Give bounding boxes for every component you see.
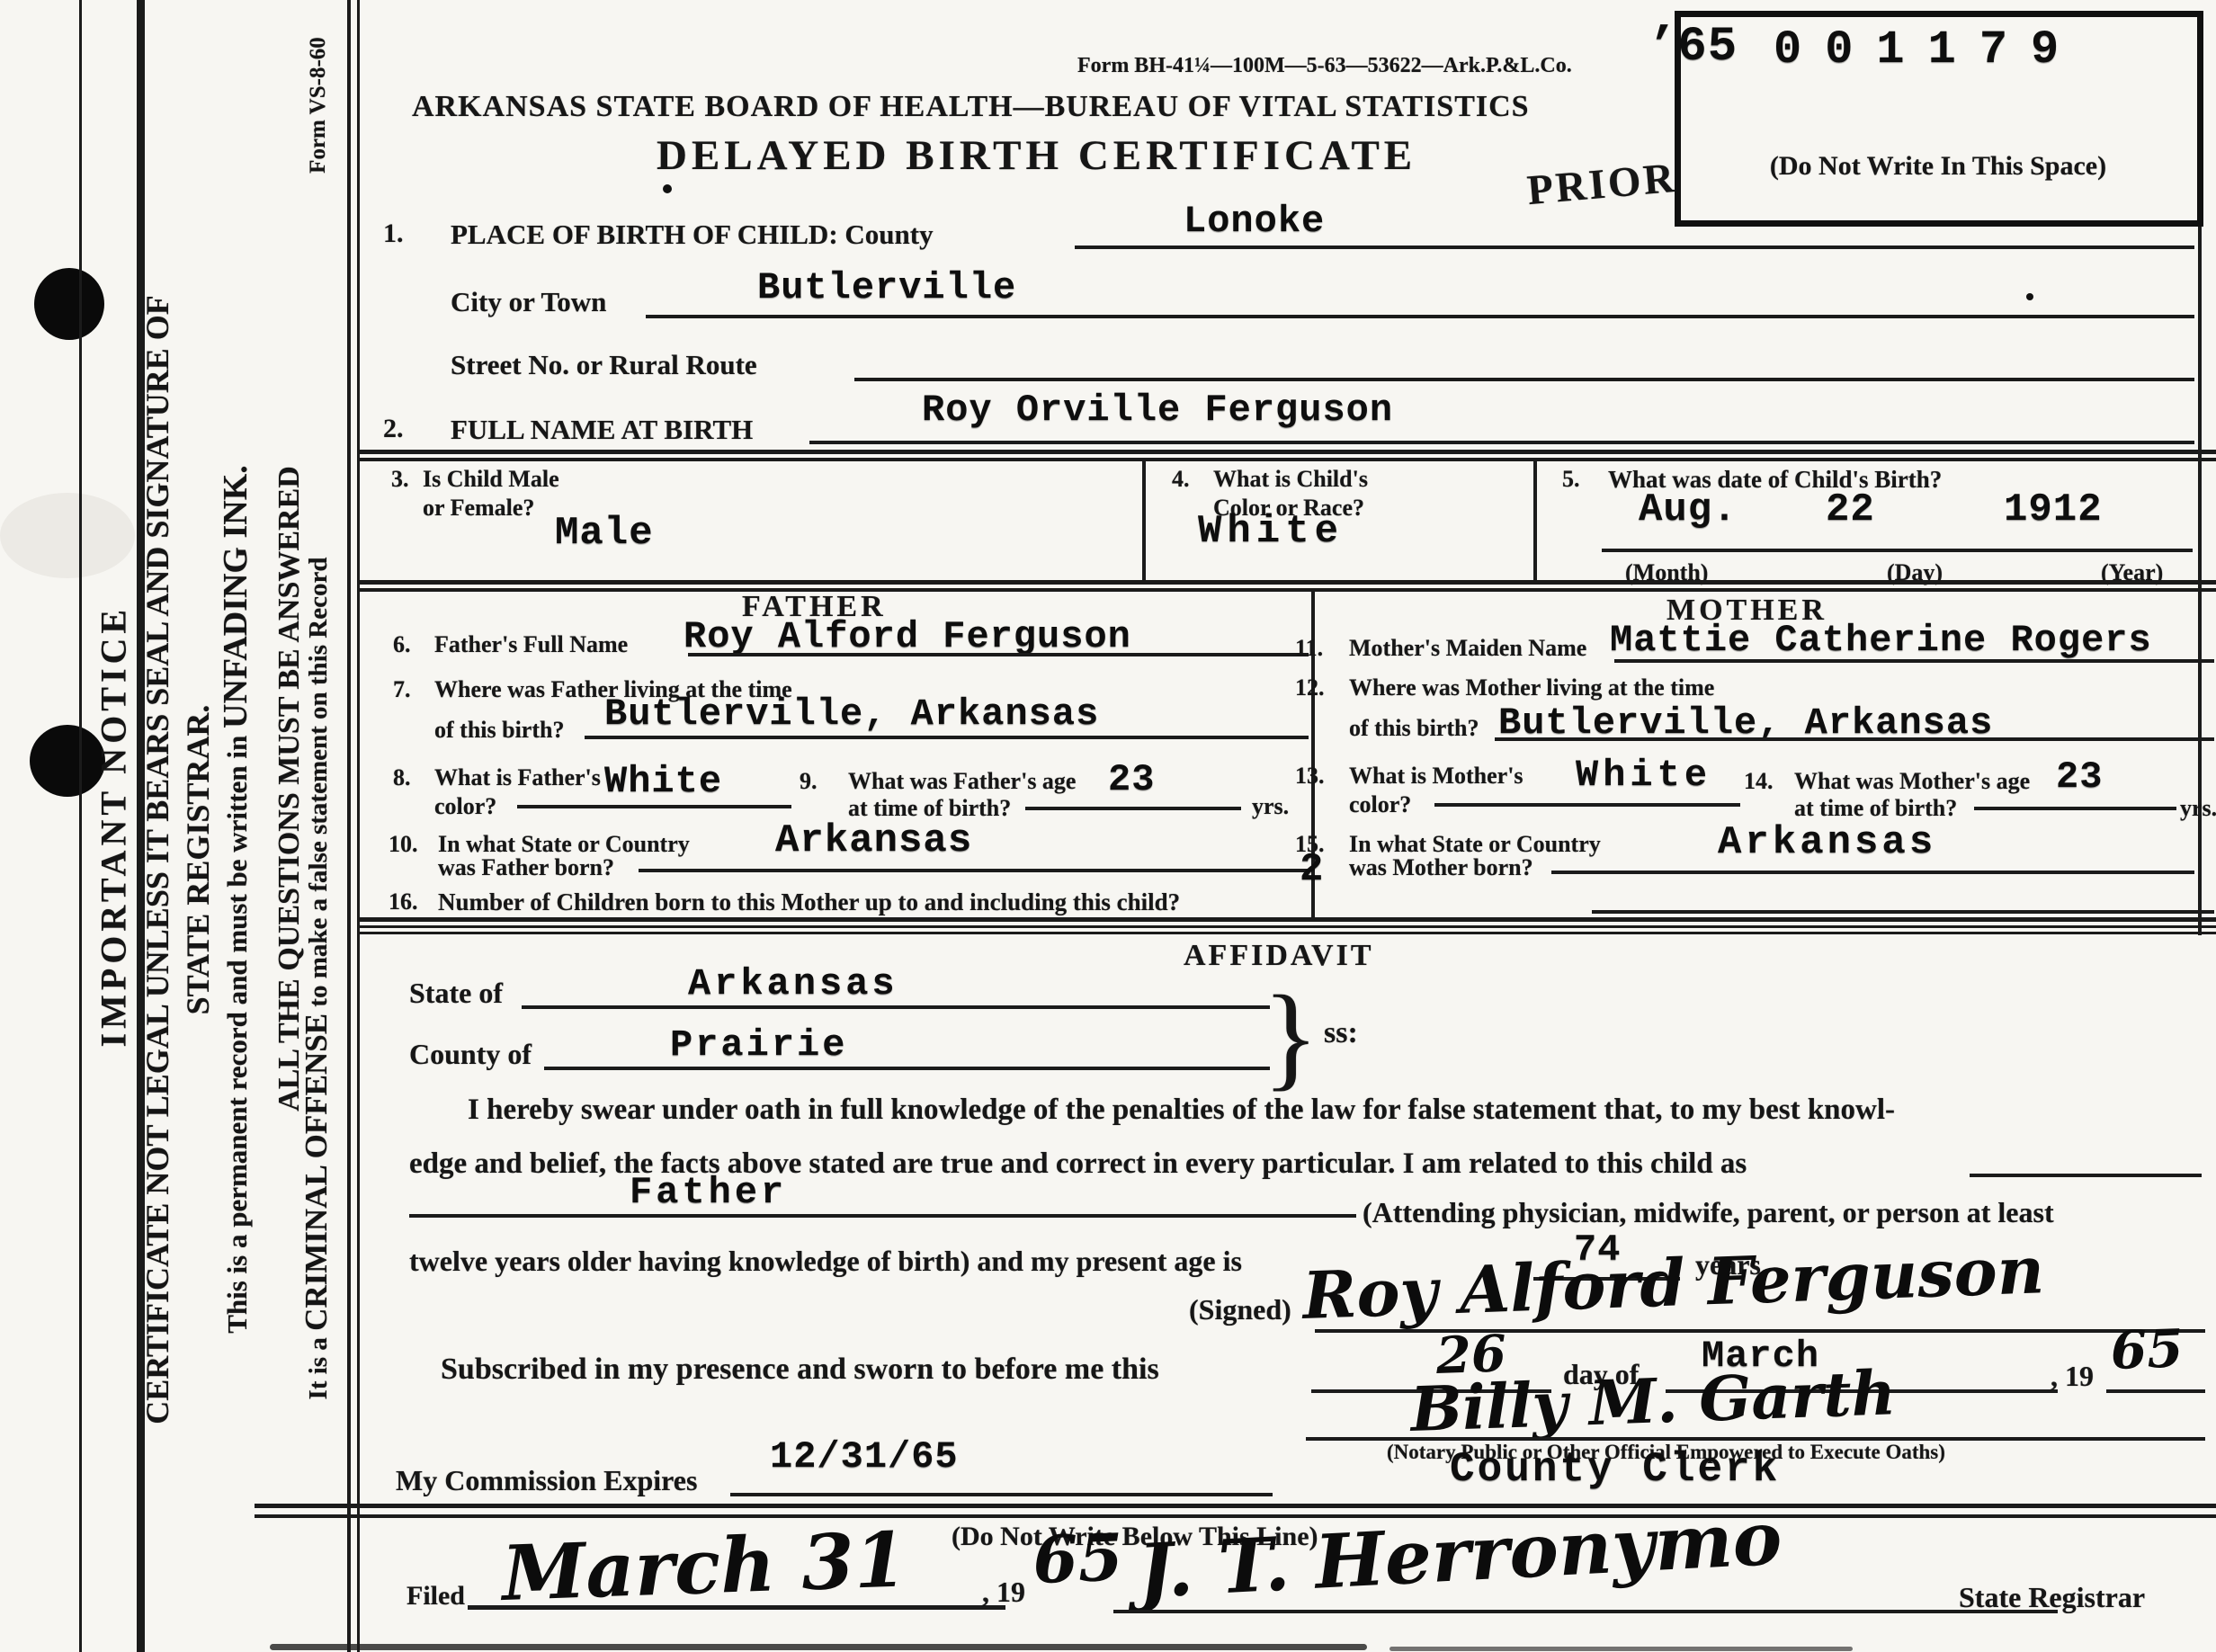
q7-label-line2: of this birth? — [434, 717, 564, 744]
commission-date-value: 12/31/65 — [770, 1435, 959, 1478]
mother-name-line — [1614, 659, 2214, 663]
margin-rule-thin — [79, 0, 82, 1652]
father-color-line — [517, 805, 791, 808]
sidebar-permanent-record-notice: This is a permanent record and must be w… — [216, 153, 255, 1646]
scan-edge-mark — [1389, 1647, 1853, 1651]
mother-color-value: White — [1576, 754, 1711, 797]
delayed-birth-certificate-scan: IMPORTANT NOTICE CERTIFICATE NOT LEGAL U… — [0, 0, 2216, 1652]
q10-label-line2: was Father born? — [438, 854, 614, 881]
birth-year-value: 1912 — [2004, 487, 2103, 532]
rule — [357, 458, 2216, 461]
birth-month-value: Aug. — [1639, 487, 1738, 532]
q5-number: 5. — [1562, 466, 1580, 493]
signed-label: (Signed) — [1189, 1293, 1291, 1326]
filed-year-handwritten: 65 — [1032, 1519, 1124, 1598]
q16-label: Number of Children born to this Mother u… — [438, 889, 1180, 916]
city-label: City or Town — [451, 286, 606, 318]
q2-label: FULL NAME AT BIRTH — [451, 414, 753, 446]
rule — [357, 450, 2216, 454]
form-print-line: Form BH-41¼—100M—5-63—53622—Ark.P.&L.Co. — [1077, 54, 1572, 78]
mother-birthplace-value: Arkansas — [1718, 820, 1936, 865]
scan-edge-mark — [270, 1644, 1367, 1650]
affidavit-title: AFFIDAVIT — [1184, 939, 1374, 973]
scan-speck — [663, 184, 672, 193]
q6-number: 6. — [393, 631, 411, 658]
father-name-value: Roy Alford Ferguson — [684, 615, 1131, 658]
sidebar-important-notice: IMPORTANT NOTICE — [93, 625, 135, 1048]
relationship-value: Father — [630, 1171, 787, 1214]
sidebar-certificate-notice-line1: CERTIFICATE NOT LEGAL UNLESS IT BEARS SE… — [138, 95, 178, 1624]
q6-label: Father's Full Name — [434, 631, 628, 658]
full-name-line — [809, 441, 2194, 444]
commission-label: My Commission Expires — [396, 1464, 697, 1497]
scan-speck — [2026, 293, 2033, 300]
street-line — [854, 378, 2194, 381]
mother-birthplace-line — [1551, 871, 2194, 874]
sworn-year-line — [2106, 1389, 2205, 1393]
q15-label-line2: was Mother born? — [1349, 854, 1533, 881]
filed-date-line — [468, 1605, 1005, 1610]
permanent-record-text: This is a permanent record and must be w… — [221, 728, 253, 1334]
rule — [255, 1504, 2216, 1508]
birth-date-line — [1602, 549, 2193, 552]
q1-number: 1. — [383, 219, 404, 249]
father-yrs-label: yrs. — [1252, 793, 1289, 820]
subscribed-label: Subscribed in my presence and sworn to b… — [441, 1353, 1159, 1387]
sidebar-certificate-notice: CERTIFICATE NOT LEGAL UNLESS IT BEARS SE… — [138, 95, 219, 1624]
q7-number: 7. — [393, 676, 411, 703]
board-of-health-line: ARKANSAS STATE BOARD OF HEALTH—BUREAU OF… — [412, 90, 1530, 124]
registrar-signature-line — [1113, 1610, 2058, 1613]
rule — [255, 1514, 2216, 1518]
sidebar-criminal-offense-notice: It is a CRIMINAL OFFENSE to make a false… — [299, 331, 335, 1626]
q3-number: 3. — [391, 466, 409, 493]
state-of-label: State of — [409, 977, 503, 1010]
hole-punch-top — [34, 268, 104, 340]
sworn-year-prefix: , 19 — [2051, 1360, 2094, 1393]
q13-number: 13. — [1295, 763, 1325, 790]
q1-label: PLACE OF BIRTH OF CHILD: County — [451, 219, 934, 251]
mother-color-line — [1434, 803, 1740, 807]
unfading-ink-emphasis: UNFADING INK. — [217, 465, 255, 728]
rule — [357, 925, 2216, 928]
divider-q3-q4 — [1142, 458, 1146, 584]
mother-residence-line — [1495, 737, 2214, 741]
county-of-line — [544, 1067, 1270, 1070]
attending-line2: twelve years older having knowledge of b… — [409, 1245, 1242, 1278]
q10-number: 10. — [389, 831, 418, 858]
county-line — [1075, 246, 2194, 249]
mother-name-value: Mattie Catherine Rogers — [1610, 619, 2152, 662]
serial-number: 001179 — [1774, 23, 2082, 76]
father-name-line — [688, 653, 1309, 656]
certificate-title: DELAYED BIRTH CERTIFICATE — [657, 131, 1416, 180]
sworn-year-handwritten: 65 — [2110, 1317, 2185, 1381]
rule — [357, 580, 2216, 585]
filed-year-prefix: , 19 — [982, 1576, 1025, 1609]
father-residence-value: Butlerville, Arkansas — [604, 692, 1099, 736]
q8-label-line1: What is Father's — [434, 764, 601, 791]
state-of-line — [522, 1005, 1270, 1009]
q14-label-line1: What was Mother's age — [1794, 768, 2030, 795]
q8-number: 8. — [393, 764, 411, 791]
q16-line — [1592, 910, 2214, 914]
sidebar-form-number: Form VS-8-60 — [306, 24, 331, 186]
race-value: White — [1198, 509, 1344, 554]
q14-number: 14. — [1744, 768, 1774, 795]
oath-line1: I hereby swear under oath in full knowle… — [468, 1094, 1895, 1127]
scan-smudge — [0, 493, 135, 578]
filed-label: Filed — [407, 1581, 465, 1612]
do-not-write-note: (Do Not Write In This Space) — [1695, 151, 2181, 182]
father-color-value: White — [604, 760, 722, 803]
father-residence-line — [585, 736, 1309, 739]
rule — [357, 917, 2216, 922]
criminal-suffix: to make a false statement on this Record — [304, 558, 333, 1014]
mother-yrs-label: yrs. — [2180, 795, 2216, 822]
notary-title-value: County Clerk — [1450, 1446, 1780, 1493]
q13-label-line1: What is Mother's — [1349, 763, 1523, 790]
full-name-value: Roy Orville Ferguson — [922, 388, 1393, 432]
birth-day-value: 22 — [1826, 487, 1875, 532]
relationship-line — [409, 1214, 1356, 1218]
q3-label-line2: or Female? — [423, 495, 534, 522]
county-value: Lonoke — [1184, 200, 1325, 243]
q12-number: 12. — [1295, 674, 1325, 701]
q9-label-line1: What was Father's age — [848, 768, 1076, 795]
mother-age-value: 23 — [2056, 755, 2103, 799]
sidebar-certificate-notice-line2: STATE REGISTRAR. — [178, 95, 219, 1624]
street-label: Street No. or Rural Route — [451, 349, 757, 381]
q14-label-line2: at time of birth? — [1794, 795, 1957, 822]
commission-line — [730, 1493, 1273, 1496]
rule — [357, 932, 2216, 934]
criminal-emphasis: CRIMINAL OFFENSE — [299, 1014, 334, 1331]
children-count-value: 2 — [1300, 847, 1324, 892]
city-line — [646, 315, 2194, 318]
father-age-value: 23 — [1108, 758, 1155, 801]
q16-number: 16. — [389, 889, 418, 915]
q3-label-line1: Is Child Male — [423, 466, 559, 493]
prior-stamp: PRIOR — [1525, 154, 1679, 215]
filed-date-handwritten: March 31 — [501, 1514, 908, 1618]
serial-year: ’65 — [1648, 20, 1738, 75]
q8-label-line2: color? — [434, 793, 496, 820]
county-of-value: Prairie — [670, 1023, 847, 1067]
q13-label-line2: color? — [1349, 791, 1411, 818]
mother-age-line — [1974, 807, 2176, 810]
form-left-border-outer — [347, 0, 351, 1652]
divider-q4-q5 — [1533, 458, 1537, 584]
q9-number: 9. — [800, 768, 818, 795]
related-as-line — [1970, 1174, 2202, 1177]
father-birthplace-value: Arkansas — [775, 818, 972, 863]
form-left-border-inner — [357, 0, 360, 1652]
city-value: Butlerville — [757, 266, 1016, 309]
q4-label-line1: What is Child's — [1213, 466, 1368, 493]
registrar-signature: J. T. Herronymo — [1136, 1496, 1784, 1615]
county-of-label: County of — [409, 1038, 532, 1071]
sex-value: Male — [555, 511, 654, 556]
q2-number: 2. — [383, 414, 404, 444]
state-of-value: Arkansas — [688, 962, 898, 1005]
criminal-prefix: It is a — [304, 1331, 333, 1400]
q4-number: 4. — [1172, 466, 1190, 493]
q11-number: 11. — [1295, 635, 1323, 662]
q11-label: Mother's Maiden Name — [1349, 635, 1586, 662]
rule — [357, 588, 2216, 592]
oath-line2: edge and belief, the facts above stated … — [409, 1147, 1747, 1181]
q12-label-line1: Where was Mother living at the time — [1349, 674, 1714, 701]
father-age-line — [1025, 807, 1241, 810]
attending-line1: (Attending physician, midwife, parent, o… — [1363, 1196, 2054, 1229]
affiant-signature: Roy Alford Ferguson — [1301, 1231, 2045, 1334]
brace-glyph: } — [1263, 969, 1318, 1104]
q12-label-line2: of this birth? — [1349, 715, 1479, 742]
ss-label: ss: — [1324, 1016, 1358, 1050]
registrar-label: State Registrar — [1959, 1581, 2145, 1614]
father-birthplace-line — [639, 869, 1309, 872]
